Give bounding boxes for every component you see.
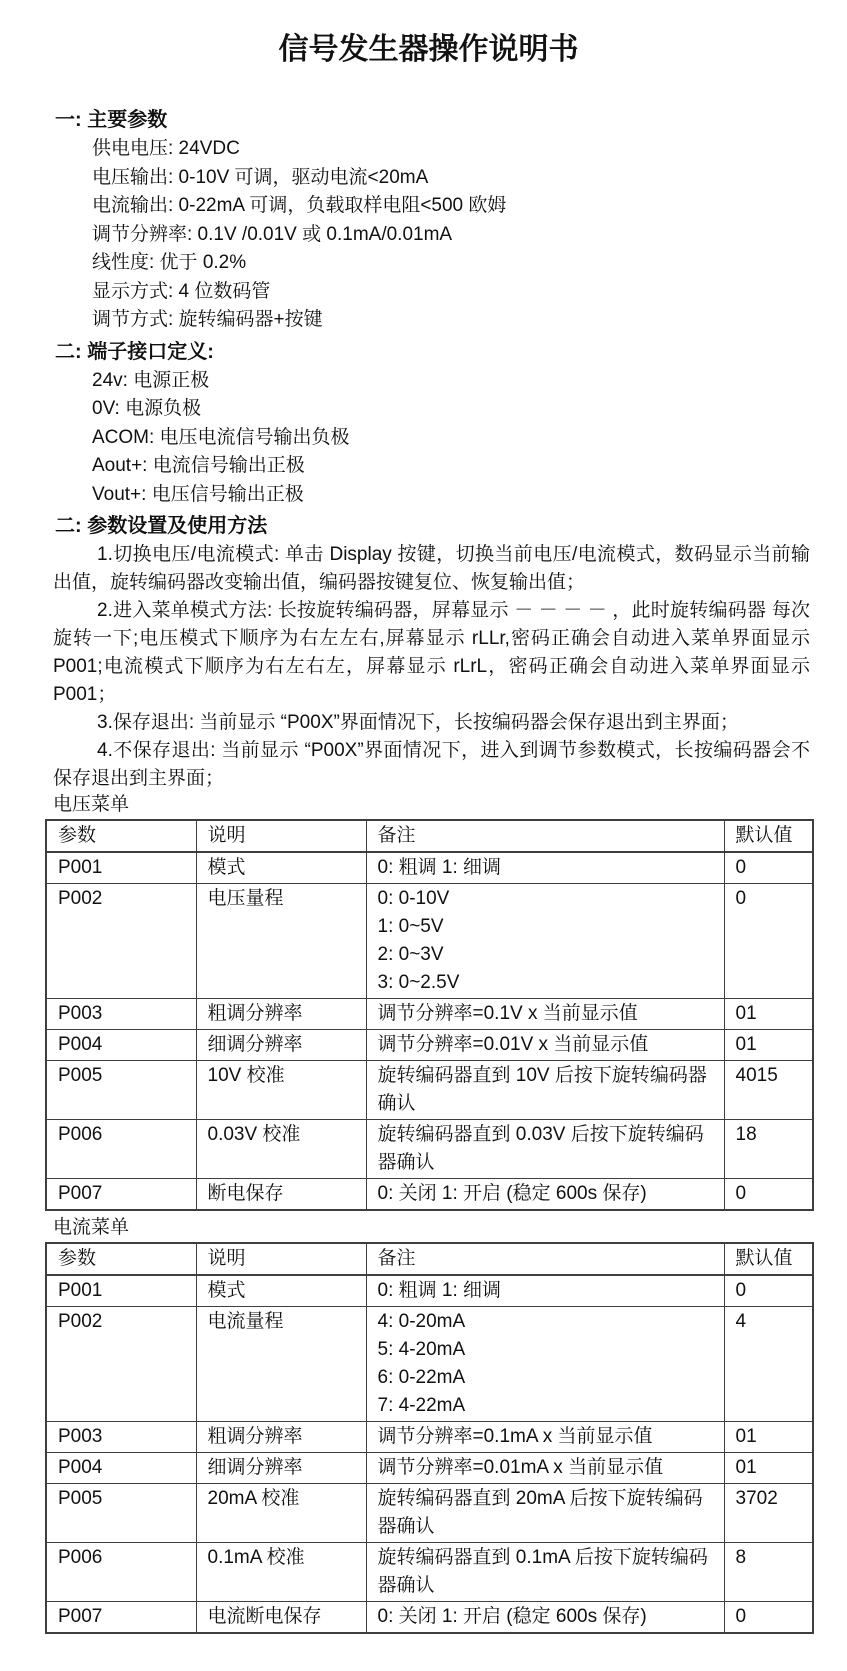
main-params-heading: 一: 主要参数: [55, 106, 812, 135]
cell-desc: 粗调分辨率: [196, 1422, 366, 1453]
terminal-line: 0V: 电源负极: [92, 395, 812, 424]
cell-default: 01: [724, 999, 813, 1030]
cell-desc: 电流量程: [196, 1307, 366, 1422]
cell-param: P002: [46, 884, 196, 999]
usage-paragraph: 2.进入菜单模式方法: 长按旋转编码器，屏幕显示 － － － － ，此时旋转编码…: [53, 597, 810, 709]
spec-line: 线性度: 优于 0.2%: [92, 249, 812, 278]
section-usage: 二: 参数设置及使用方法 1.切换电压/电流模式: 单击 Display 按键，…: [45, 512, 812, 793]
spec-line: 显示方式: 4 位数码管: [92, 278, 812, 307]
cell-note: 调节分辨率=0.1V x 当前显示值: [366, 999, 724, 1030]
cell-param: P004: [46, 1453, 196, 1484]
usage-paragraph: 4.不保存退出: 当前显示 “P00X”界面情况下，进入到调节参数模式，长按编码…: [53, 737, 810, 793]
cell-default: 0: [724, 1275, 813, 1307]
table-row: P001 模式 0: 粗调 1: 细调 0: [46, 1275, 813, 1307]
cell-default: 0: [724, 852, 813, 884]
usage-heading: 二: 参数设置及使用方法: [55, 512, 812, 541]
cell-desc: 20mA 校准: [196, 1484, 366, 1543]
cell-default: 8: [724, 1543, 813, 1602]
cell-param: P004: [46, 1030, 196, 1061]
table-row: P007 电流断电保存 0: 关闭 1: 开启 (稳定 600s 保存) 0: [46, 1602, 813, 1634]
table-row: P006 0.1mA 校准 旋转编码器直到 0.1mA 后按下旋转编码 器确认 …: [46, 1543, 813, 1602]
table-row: P002 电流量程 4: 0-20mA 5: 4-20mA 6: 0-22mA …: [46, 1307, 813, 1422]
cell-desc: 模式: [196, 1275, 366, 1307]
cell-param: P001: [46, 852, 196, 884]
col-header-desc: 说明: [196, 820, 366, 852]
terminals-heading: 二: 端子接口定义:: [55, 338, 812, 367]
cell-note: 0: 关闭 1: 开启 (稳定 600s 保存): [366, 1179, 724, 1211]
spec-line: 电流输出: 0-22mA 可调，负载取样电阻<500 欧姆: [92, 192, 812, 221]
cell-default: 0: [724, 884, 813, 999]
cell-param: P003: [46, 1422, 196, 1453]
terminal-line: ACOM: 电压电流信号输出负极: [92, 424, 812, 453]
cell-param: P006: [46, 1120, 196, 1179]
cell-desc: 电流断电保存: [196, 1602, 366, 1634]
cell-default: 01: [724, 1030, 813, 1061]
col-header-default: 默认值: [724, 820, 813, 852]
cell-note: 旋转编码器直到 0.03V 后按下旋转编码器确认: [366, 1120, 724, 1179]
table-row: P006 0.03V 校准 旋转编码器直到 0.03V 后按下旋转编码器确认 1…: [46, 1120, 813, 1179]
table-row: P004 细调分辨率 调节分辨率=0.01V x 当前显示值 01: [46, 1030, 813, 1061]
terminal-line: Aout+: 电流信号输出正极: [92, 452, 812, 481]
current-menu-table: 参数 说明 备注 默认值 P001 模式 0: 粗调 1: 细调 0 P002 …: [45, 1242, 814, 1634]
table-row: P005 20mA 校准 旋转编码器直到 20mA 后按下旋转编码 器确认 37…: [46, 1484, 813, 1543]
table-row: P002 电压量程 0: 0-10V 1: 0~5V 2: 0~3V 3: 0~…: [46, 884, 813, 999]
cell-param: P005: [46, 1484, 196, 1543]
page-title: 信号发生器操作说明书: [45, 33, 812, 66]
cell-desc: 模式: [196, 852, 366, 884]
cell-default: 01: [724, 1422, 813, 1453]
usage-paragraph: 1.切换电压/电流模式: 单击 Display 按键，切换当前电压/电流模式，数…: [53, 541, 810, 597]
voltage-menu-label: 电压菜单: [53, 793, 812, 817]
cell-param: P001: [46, 1275, 196, 1307]
cell-note: 0: 关闭 1: 开启 (稳定 600s 保存): [366, 1602, 724, 1634]
cell-note: 0: 粗调 1: 细调: [366, 1275, 724, 1307]
table-row: P003 粗调分辨率 调节分辨率=0.1mA x 当前显示值 01: [46, 1422, 813, 1453]
cell-desc: 0.1mA 校准: [196, 1543, 366, 1602]
table-row: P004 细调分辨率 调节分辨率=0.01mA x 当前显示值 01: [46, 1453, 813, 1484]
manual-page: 信号发生器操作说明书 一: 主要参数 供电电压: 24VDC 电压输出: 0-1…: [0, 0, 847, 1671]
cell-param: P006: [46, 1543, 196, 1602]
terminal-line: 24v: 电源正极: [92, 367, 812, 396]
section-terminals: 二: 端子接口定义: 24v: 电源正极 0V: 电源负极 ACOM: 电压电流…: [45, 338, 812, 510]
table-header-row: 参数 说明 备注 默认值: [46, 820, 813, 852]
voltage-menu-table: 参数 说明 备注 默认值 P001 模式 0: 粗调 1: 细调 0 P002 …: [45, 819, 814, 1211]
spec-line: 调节方式: 旋转编码器+按键: [92, 306, 812, 335]
cell-desc: 粗调分辨率: [196, 999, 366, 1030]
cell-note: 旋转编码器直到 10V 后按下旋转编码器确认: [366, 1061, 724, 1120]
cell-desc: 10V 校准: [196, 1061, 366, 1120]
spec-line: 电压输出: 0-10V 可调，驱动电流<20mA: [92, 164, 812, 193]
cell-default: 0: [724, 1179, 813, 1211]
cell-desc: 细调分辨率: [196, 1030, 366, 1061]
section-main-params: 一: 主要参数 供电电压: 24VDC 电压输出: 0-10V 可调，驱动电流<…: [45, 106, 812, 335]
table-row: P001 模式 0: 粗调 1: 细调 0: [46, 852, 813, 884]
cell-note: 调节分辨率=0.01V x 当前显示值: [366, 1030, 724, 1061]
col-header-note: 备注: [366, 820, 724, 852]
table-row: P007 断电保存 0: 关闭 1: 开启 (稳定 600s 保存) 0: [46, 1179, 813, 1211]
cell-default: 0: [724, 1602, 813, 1634]
table-row: P005 10V 校准 旋转编码器直到 10V 后按下旋转编码器确认 4015: [46, 1061, 813, 1120]
cell-note: 调节分辨率=0.1mA x 当前显示值: [366, 1422, 724, 1453]
col-header-note: 备注: [366, 1243, 724, 1275]
cell-note: 旋转编码器直到 0.1mA 后按下旋转编码 器确认: [366, 1543, 724, 1602]
col-header-default: 默认值: [724, 1243, 813, 1275]
table-header-row: 参数 说明 备注 默认值: [46, 1243, 813, 1275]
cell-note: 4: 0-20mA 5: 4-20mA 6: 0-22mA 7: 4-22mA: [366, 1307, 724, 1422]
cell-default: 18: [724, 1120, 813, 1179]
cell-default: 4015: [724, 1061, 813, 1120]
spec-line: 调节分辨率: 0.1V /0.01V 或 0.1mA/0.01mA: [92, 221, 812, 250]
cell-note: 0: 0-10V 1: 0~5V 2: 0~3V 3: 0~2.5V: [366, 884, 724, 999]
cell-desc: 电压量程: [196, 884, 366, 999]
table-row: P003 粗调分辨率 调节分辨率=0.1V x 当前显示值 01: [46, 999, 813, 1030]
cell-param: P007: [46, 1602, 196, 1634]
cell-desc: 0.03V 校准: [196, 1120, 366, 1179]
main-params-list: 供电电压: 24VDC 电压输出: 0-10V 可调，驱动电流<20mA 电流输…: [92, 135, 812, 335]
cell-param: P003: [46, 999, 196, 1030]
cell-note: 旋转编码器直到 20mA 后按下旋转编码 器确认: [366, 1484, 724, 1543]
col-header-desc: 说明: [196, 1243, 366, 1275]
terminals-list: 24v: 电源正极 0V: 电源负极 ACOM: 电压电流信号输出负极 Aout…: [92, 367, 812, 510]
cell-desc: 断电保存: [196, 1179, 366, 1211]
cell-desc: 细调分辨率: [196, 1453, 366, 1484]
cell-note: 0: 粗调 1: 细调: [366, 852, 724, 884]
col-header-param: 参数: [46, 820, 196, 852]
cell-param: P002: [46, 1307, 196, 1422]
cell-param: P005: [46, 1061, 196, 1120]
spec-line: 供电电压: 24VDC: [92, 135, 812, 164]
current-menu-label: 电流菜单: [53, 1216, 812, 1240]
terminal-line: Vout+: 电压信号输出正极: [92, 481, 812, 510]
cell-default: 01: [724, 1453, 813, 1484]
cell-param: P007: [46, 1179, 196, 1211]
usage-paragraph: 3.保存退出: 当前显示 “P00X”界面情况下，长按编码器会保存退出到主界面；: [53, 709, 810, 737]
cell-note: 调节分辨率=0.01mA x 当前显示值: [366, 1453, 724, 1484]
usage-paragraphs: 1.切换电压/电流模式: 单击 Display 按键，切换当前电压/电流模式，数…: [53, 541, 810, 793]
col-header-param: 参数: [46, 1243, 196, 1275]
cell-default: 3702: [724, 1484, 813, 1543]
cell-default: 4: [724, 1307, 813, 1422]
